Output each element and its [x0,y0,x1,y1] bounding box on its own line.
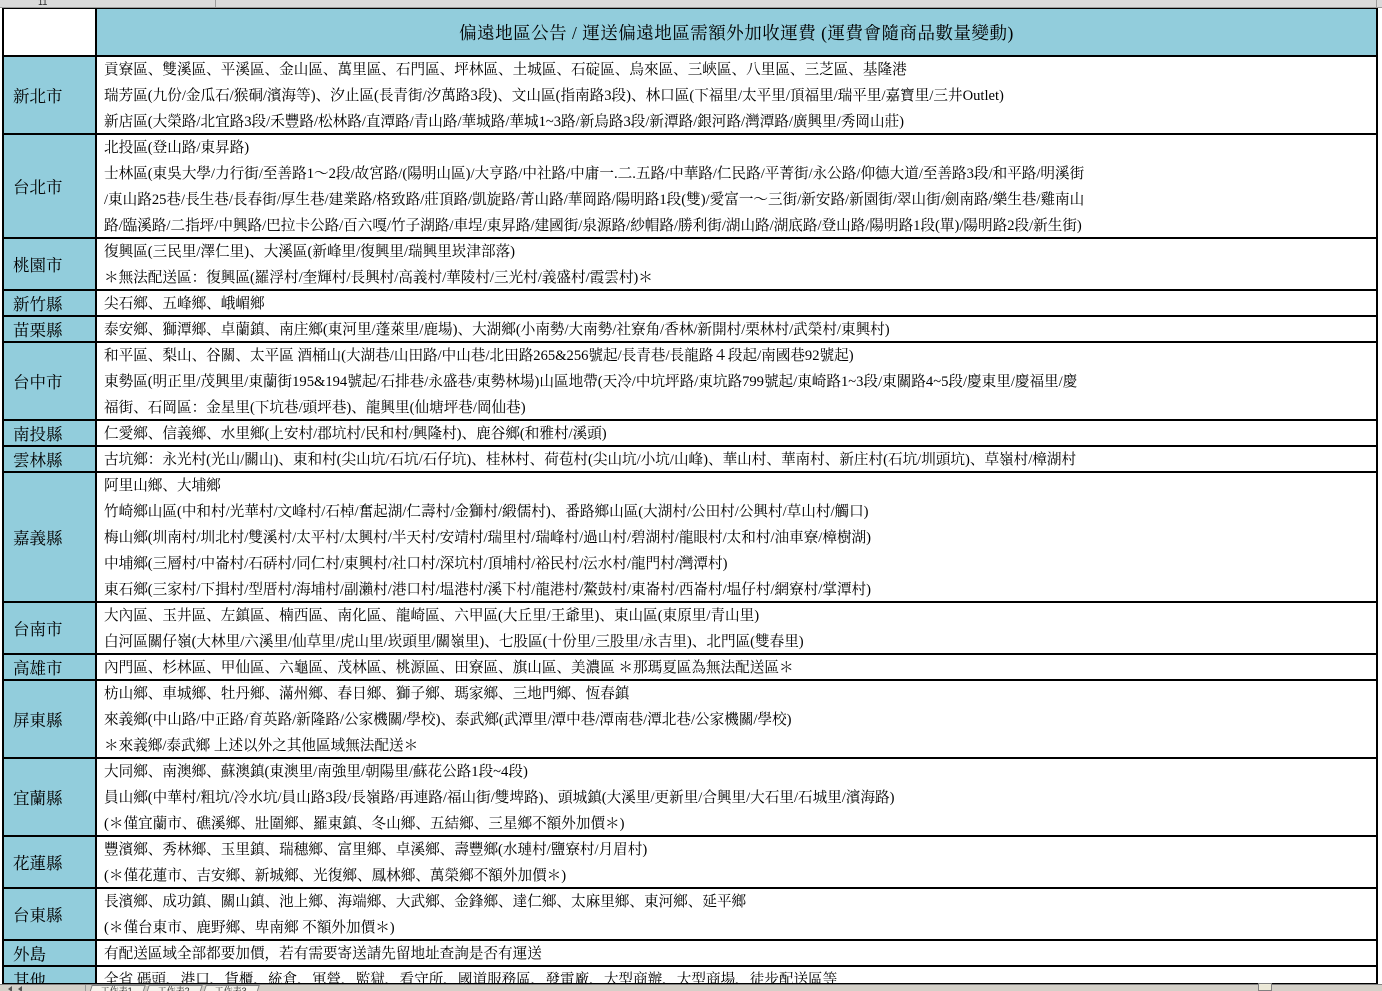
areas-cell[interactable]: 阿里山鄉、大埔鄉竹崎鄉山區(中和村/光華村/文峰村/石棹/奮起湖/仁壽村/金獅村… [97,473,1376,601]
areas-cell[interactable]: 尖石鄉、五峰鄉、峨嵋鄉 [97,291,1376,315]
gridline-tick [215,0,216,8]
area-text-line: 枋山鄉、車城鄉、牡丹鄉、滿州鄉、春日鄉、獅子鄉、瑪家鄉、三地門鄉、恆春鎮 [104,681,1376,707]
area-text-line: (＊僅台東市、鹿野鄉、卑南鄉 不額外加價＊) [104,915,1376,939]
area-text-line: 福街、石岡區：金星里(下坑巷/頭坪巷)、龍興里(仙塘坪巷/岡仙巷) [104,395,1376,419]
table-row: 花蓮縣豐濱鄉、秀林鄉、玉里鎮、瑞穗鄉、富里鄉、卓溪鄉、壽豐鄉(水璉村/鹽寮村/月… [4,837,1376,889]
areas-cell[interactable]: 大內區、玉井區、左鎮區、楠西區、南化區、龍崎區、六甲區(大丘里/王爺里)、東山區… [97,603,1376,653]
table-row: 台東縣長濱鄉、成功鎮、關山鎮、池上鄉、海端鄉、大武鄉、金鋒鄉、達仁鄉、太麻里鄉、… [4,889,1376,941]
sheet-tab[interactable]: 工作表2 [145,985,203,991]
areas-cell[interactable]: 內門區、杉林區、甲仙區、六龜區、茂林區、桃源區、田寮區、旗山區、美濃區 ＊那瑪夏… [97,655,1376,679]
area-text-line: 士林區(東吳大學/力行街/至善路1～2段/故宮路/(陽明山區)/大亨路/中社路/… [104,161,1376,187]
area-text-line: 尖石鄉、五峰鄉、峨嵋鄉 [104,291,1376,315]
areas-cell[interactable]: 仁愛鄉、信義鄉、水里鄉(上安村/郡坑村/民和村/興隆村)、鹿谷鄉(和雅村/溪頭) [97,421,1376,445]
areas-cell[interactable]: 北投區(登山路/東昇路)士林區(東吳大學/力行街/至善路1～2段/故宮路/(陽明… [97,135,1376,237]
region-name-cell[interactable]: 台南市 [4,603,97,653]
area-text-line: 竹崎鄉山區(中和村/光華村/文峰村/石棹/奮起湖/仁壽村/金獅村/緞儒村)、番路… [104,499,1376,525]
region-name-cell[interactable]: 嘉義縣 [4,473,97,601]
area-text-line: 豐濱鄉、秀林鄉、玉里鎮、瑞穗鄉、富里鄉、卓溪鄉、壽豐鄉(水璉村/鹽寮村/月眉村) [104,837,1376,863]
area-text-line: 瑞芳區(九份/金瓜石/猴硐/濱海等)、汐止區(長青街/汐萬路3段)、文山區(指南… [104,83,1376,109]
cut-off-spreadsheet-row: 11 [0,0,1382,8]
area-text-line: 泰安鄉、獅潭鄉、卓蘭鎮、南庄鄉(東河里/蓬萊里/鹿場)、大湖鄉(小南勢/大南勢/… [104,317,1376,341]
area-text-line: 貢寮區、雙溪區、平溪區、金山區、萬里區、石門區、坪林區、土城區、石碇區、烏來區、… [104,57,1376,83]
area-text-line: 大內區、玉井區、左鎮區、楠西區、南化區、龍崎區、六甲區(大丘里/王爺里)、東山區… [104,603,1376,629]
horizontal-scrollbar-stub[interactable] [1258,983,1272,991]
region-name-cell[interactable]: 屏東縣 [4,681,97,757]
area-text-line: 古坑鄉：永光村(光山/關山)、東和村(尖山坑/石坑/石仔坑)、桂林村、荷苞村(尖… [104,447,1376,471]
areas-cell[interactable]: 有配送區域全部都要加價，若有需要寄送請先留地址查詢是否有運送 [97,941,1376,965]
area-text-line: 有配送區域全部都要加價，若有需要寄送請先留地址查詢是否有運送 [104,941,1376,965]
region-name-cell[interactable]: 桃園市 [4,239,97,289]
sheet-tab-label: 工作表1 [101,986,133,991]
sheet-tab-label: 工作表2 [158,986,190,991]
table-row: 苗栗縣泰安鄉、獅潭鄉、卓蘭鎮、南庄鄉(東河里/蓬萊里/鹿場)、大湖鄉(小南勢/大… [4,317,1376,343]
table-row: 桃園市復興區(三民里/澤仁里)、大溪區(新峰里/復興里/瑞興里崁津部落)＊無法配… [4,239,1376,291]
table-title-cell[interactable]: 偏遠地區公告 / 運送偏遠地區需額外加收運費 (運費會隨商品數量變動) [97,9,1376,55]
areas-cell[interactable]: 泰安鄉、獅潭鄉、卓蘭鎮、南庄鄉(東河里/蓬萊里/鹿場)、大湖鄉(小南勢/大南勢/… [97,317,1376,341]
table-row: 高雄市內門區、杉林區、甲仙區、六龜區、茂林區、桃源區、田寮區、旗山區、美濃區 ＊… [4,655,1376,681]
area-text-line: 內門區、杉林區、甲仙區、六龜區、茂林區、桃源區、田寮區、旗山區、美濃區 ＊那瑪夏… [104,655,1376,679]
areas-cell[interactable]: 大同鄉、南澳鄉、蘇澳鎮(東澳里/南強里/朝陽里/蘇花公路1段~4段)員山鄉(中華… [97,759,1376,835]
area-text-line: 北投區(登山路/東昇路) [104,135,1376,161]
area-text-line: ＊來義鄉/泰武鄉 上述以外之其他區域無法配送＊ [104,733,1376,757]
table-row: 台南市大內區、玉井區、左鎮區、楠西區、南化區、龍崎區、六甲區(大丘里/王爺里)、… [4,603,1376,655]
table-row: 其他全省 碼頭、港口、貨櫃、統倉、軍營、監獄、看守所、國道服務區、發電廠、大型商… [4,967,1376,985]
area-text-line: 員山鄉(中華村/粗坑/冷水坑/員山路3段/長嶺路/再連路/福山街/雙埤路)、頭城… [104,785,1376,811]
region-name-cell[interactable]: 台東縣 [4,889,97,939]
area-text-line: 長濱鄉、成功鎮、關山鎮、池上鄉、海端鄉、大武鄉、金鋒鄉、達仁鄉、太麻里鄉、東河鄉… [104,889,1376,915]
region-name-cell[interactable]: 其他 [4,967,97,985]
table-header-row: 偏遠地區公告 / 運送偏遠地區需額外加收運費 (運費會隨商品數量變動) [4,9,1376,57]
region-name-cell[interactable]: 台北市 [4,135,97,237]
area-text-line: 白河區關仔嶺(大林里/六溪里/仙草里/虎山里/崁頭里/關嶺里)、七股區(十份里/… [104,629,1376,653]
area-text-line: 梅山鄉(圳南村/圳北村/雙溪村/太平村/太興村/半天村/安靖村/瑞里村/瑞峰村/… [104,525,1376,551]
area-text-line: ＊無法配送區：復興區(羅浮村/奎輝村/長興村/高義村/華陵村/三光村/義盛村/霞… [104,265,1376,289]
table-row: 屏東縣枋山鄉、車城鄉、牡丹鄉、滿州鄉、春日鄉、獅子鄉、瑪家鄉、三地門鄉、恆春鎮來… [4,681,1376,759]
region-name-cell[interactable]: 雲林縣 [4,447,97,471]
region-name-cell[interactable]: 花蓮縣 [4,837,97,887]
cut-off-cell-value: 11 [38,0,47,7]
sheet-tab-bar: 工作表1工作表2工作表3 [0,984,1382,991]
table-row: 外島有配送區域全部都要加價，若有需要寄送請先留地址查詢是否有運送 [4,941,1376,967]
gridline-tick [1376,0,1377,8]
areas-cell[interactable]: 枋山鄉、車城鄉、牡丹鄉、滿州鄉、春日鄉、獅子鄉、瑪家鄉、三地門鄉、恆春鎮來義鄉(… [97,681,1376,757]
table-row: 嘉義縣阿里山鄉、大埔鄉竹崎鄉山區(中和村/光華村/文峰村/石棹/奮起湖/仁壽村/… [4,473,1376,603]
area-text-line: 來義鄉(中山路/中正路/育英路/新隆路/公家機關/學校)、泰武鄉(武潭里/潭中巷… [104,707,1376,733]
first-sheet-arrow-icon [8,986,12,991]
region-name-cell[interactable]: 台中市 [4,343,97,419]
area-text-line: 和平區、梨山、谷關、太平區 酒桶山(大湖巷/山田路/中山巷/北田路265&256… [104,343,1376,369]
area-text-line: 仁愛鄉、信義鄉、水里鄉(上安村/郡坑村/民和村/興隆村)、鹿谷鄉(和雅村/溪頭) [104,421,1376,445]
region-name-cell[interactable]: 外島 [4,941,97,965]
table-body: 新北市貢寮區、雙溪區、平溪區、金山區、萬里區、石門區、坪林區、土城區、石碇區、烏… [4,57,1376,985]
remote-area-shipping-table: 偏遠地區公告 / 運送偏遠地區需額外加收運費 (運費會隨商品數量變動) 新北市貢… [2,8,1378,985]
areas-cell[interactable]: 全省 碼頭、港口、貨櫃、統倉、軍營、監獄、看守所、國道服務區、發電廠、大型商辦、… [97,967,1376,985]
sheet-nav-buttons[interactable] [0,985,86,991]
table-row: 南投縣仁愛鄉、信義鄉、水里鄉(上安村/郡坑村/民和村/興隆村)、鹿谷鄉(和雅村/… [4,421,1376,447]
table-title: 偏遠地區公告 / 運送偏遠地區需額外加收運費 (運費會隨商品數量變動) [459,20,1014,45]
area-text-line: 路/臨溪路/二指坪/中興路/巴拉卡公路/百六嘎/竹子湖路/車埕/東昇路/建國街/… [104,213,1376,237]
areas-cell[interactable]: 豐濱鄉、秀林鄉、玉里鎮、瑞穗鄉、富里鄉、卓溪鄉、壽豐鄉(水璉村/鹽寮村/月眉村)… [97,837,1376,887]
table-row: 台北市北投區(登山路/東昇路)士林區(東吳大學/力行街/至善路1～2段/故宮路/… [4,135,1376,239]
region-name-cell[interactable]: 南投縣 [4,421,97,445]
table-row: 新北市貢寮區、雙溪區、平溪區、金山區、萬里區、石門區、坪林區、土城區、石碇區、烏… [4,57,1376,135]
sheet-tab-label: 工作表3 [215,986,247,991]
empty-corner-cell[interactable] [4,9,97,55]
areas-cell[interactable]: 長濱鄉、成功鎮、關山鎮、池上鄉、海端鄉、大武鄉、金鋒鄉、達仁鄉、太麻里鄉、東河鄉… [97,889,1376,939]
area-text-line: 中埔鄉(三層村/中崙村/石硦村/同仁村/東興村/社口村/深坑村/頂埔村/裕民村/… [104,551,1376,577]
table-row: 新竹縣尖石鄉、五峰鄉、峨嵋鄉 [4,291,1376,317]
region-name-cell[interactable]: 新北市 [4,57,97,133]
prev-sheet-arrow-icon [18,986,22,991]
areas-cell[interactable]: 和平區、梨山、谷關、太平區 酒桶山(大湖巷/山田路/中山巷/北田路265&256… [97,343,1376,419]
area-text-line: (＊僅花蓮市、吉安鄉、新城鄉、光復鄉、鳳林鄉、萬榮鄉不額外加價＊) [104,863,1376,887]
table-row: 台中市和平區、梨山、谷關、太平區 酒桶山(大湖巷/山田路/中山巷/北田路265&… [4,343,1376,421]
region-name-cell[interactable]: 苗栗縣 [4,317,97,341]
area-text-line: 全省 碼頭、港口、貨櫃、統倉、軍營、監獄、看守所、國道服務區、發電廠、大型商辦、… [104,967,1376,985]
areas-cell[interactable]: 貢寮區、雙溪區、平溪區、金山區、萬里區、石門區、坪林區、土城區、石碇區、烏來區、… [97,57,1376,133]
table-row: 宜蘭縣大同鄉、南澳鄉、蘇澳鎮(東澳里/南強里/朝陽里/蘇花公路1段~4段)員山鄉… [4,759,1376,837]
sheet-tabs: 工作表1工作表2工作表3 [86,985,261,991]
table-row: 雲林縣古坑鄉：永光村(光山/關山)、東和村(尖山坑/石坑/石仔坑)、桂林村、荷苞… [4,447,1376,473]
area-text-line: 東石鄉(三家村/下揖村/型厝村/海埔村/副瀨村/港口村/塭港村/溪下村/龍港村/… [104,577,1376,601]
area-text-line: 新店區(大榮路/北宜路3段/禾豐路/松林路/直潭路/青山路/華城路/華城1~3路… [104,109,1376,133]
area-text-line: 阿里山鄉、大埔鄉 [104,473,1376,499]
areas-cell[interactable]: 古坑鄉：永光村(光山/關山)、東和村(尖山坑/石坑/石仔坑)、桂林村、荷苞村(尖… [97,447,1376,471]
sheet-tab[interactable]: 工作表1 [88,985,146,991]
region-name-cell[interactable]: 高雄市 [4,655,97,679]
area-text-line: (＊僅宜蘭市、礁溪鄉、壯圍鄉、羅東鎮、冬山鄉、五結鄉、三星鄉不額外加價＊) [104,811,1376,835]
area-text-line: 復興區(三民里/澤仁里)、大溪區(新峰里/復興里/瑞興里崁津部落) [104,239,1376,265]
areas-cell[interactable]: 復興區(三民里/澤仁里)、大溪區(新峰里/復興里/瑞興里崁津部落)＊無法配送區：… [97,239,1376,289]
area-text-line: 大同鄉、南澳鄉、蘇澳鎮(東澳里/南強里/朝陽里/蘇花公路1段~4段) [104,759,1376,785]
area-text-line: /東山路25巷/長生巷/長春街/厚生巷/建業路/格致路/莊頂路/凱旋路/菁山路/… [104,187,1376,213]
region-name-cell[interactable]: 新竹縣 [4,291,97,315]
area-text-line: 東勢區(明正里/茂興里/東蘭街195&194號起/石排巷/永盛巷/東勢林場)山區… [104,369,1376,395]
region-name-cell[interactable]: 宜蘭縣 [4,759,97,835]
sheet-tab[interactable]: 工作表3 [202,985,260,991]
